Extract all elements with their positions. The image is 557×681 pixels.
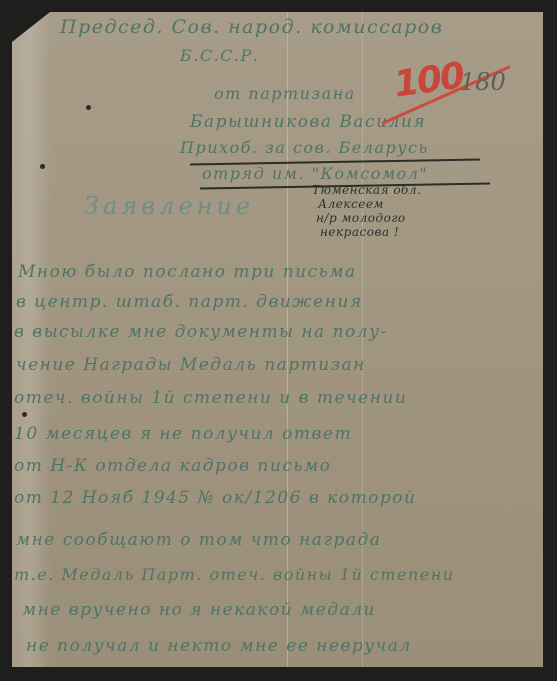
body-line: от Н-К отдела кадров письмо	[14, 456, 331, 476]
body-line: отеч. войны 1й степени и в течении	[14, 388, 407, 408]
document-title: Заявление	[84, 192, 254, 220]
annotation-line-1: Тюменская обл.	[312, 184, 421, 197]
sender-line-1: от партизана	[214, 84, 356, 103]
body-line: т.е. Медаль Парт. отеч. войны 1й степени	[14, 565, 455, 584]
pencil-number: 180	[460, 68, 506, 96]
body-line: в центр. штаб. парт. движения	[16, 292, 363, 312]
annotation-line-3: н/р молодого	[316, 212, 406, 225]
body-line: мне сообщают о том что награда	[16, 530, 381, 550]
body-line: 10 месяцев я не получил ответ	[14, 424, 352, 444]
punch-hole	[40, 164, 45, 169]
body-line: чение Награды Медаль партизан	[16, 355, 366, 375]
red-pencil-number: 100	[391, 55, 465, 105]
addressee-line-2: Б.С.С.Р.	[180, 46, 259, 65]
punch-hole	[22, 412, 27, 417]
annotation-line-4: некрасова !	[320, 226, 399, 239]
body-line: мне вручено но я некакой медали	[22, 600, 376, 620]
body-line: не получал и некто мне ее невручал	[26, 636, 412, 656]
sender-line-4: отряд им. "Комсомол"	[202, 164, 428, 183]
sender-line-3: Прихоб. за сов. Беларусь	[180, 138, 429, 157]
sender-line-2: Барышникова Василия	[190, 112, 426, 132]
addressee-line-1: Председ. Сов. народ. комиссаров	[60, 16, 443, 38]
body-line: Мною было послано три письма	[18, 262, 357, 282]
annotation-line-2: Алексеем	[318, 198, 384, 211]
punch-hole	[86, 105, 91, 110]
document-page: Председ. Сов. народ. комиссаров Б.С.С.Р.…	[12, 12, 543, 667]
body-line: в высылке мне документы на полу-	[14, 322, 388, 342]
body-line: от 12 Нояб 1945 № ок/1206 в которой	[14, 488, 416, 508]
